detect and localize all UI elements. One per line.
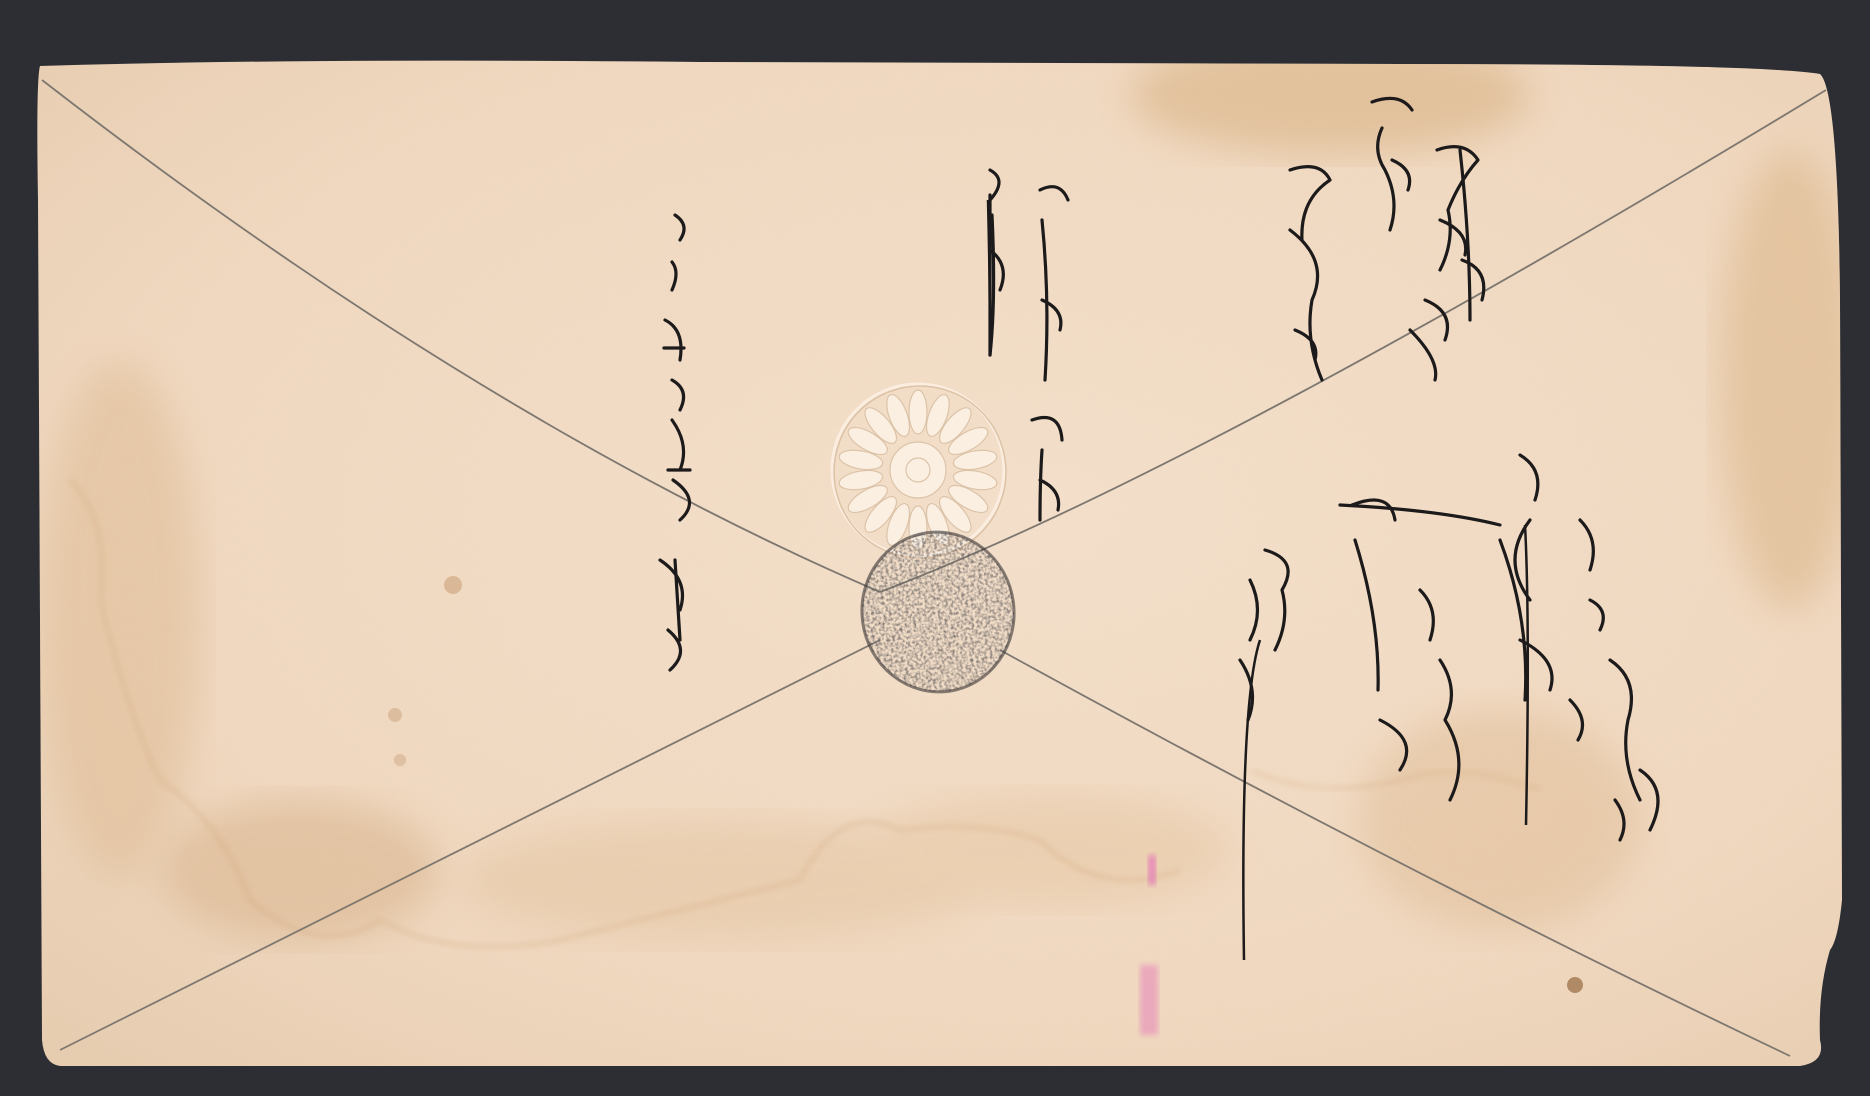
envelope [0,0,1870,1096]
pink-mark [1148,855,1156,885]
pink-mark [1140,965,1158,1035]
envelope-photo [0,0,1870,1096]
